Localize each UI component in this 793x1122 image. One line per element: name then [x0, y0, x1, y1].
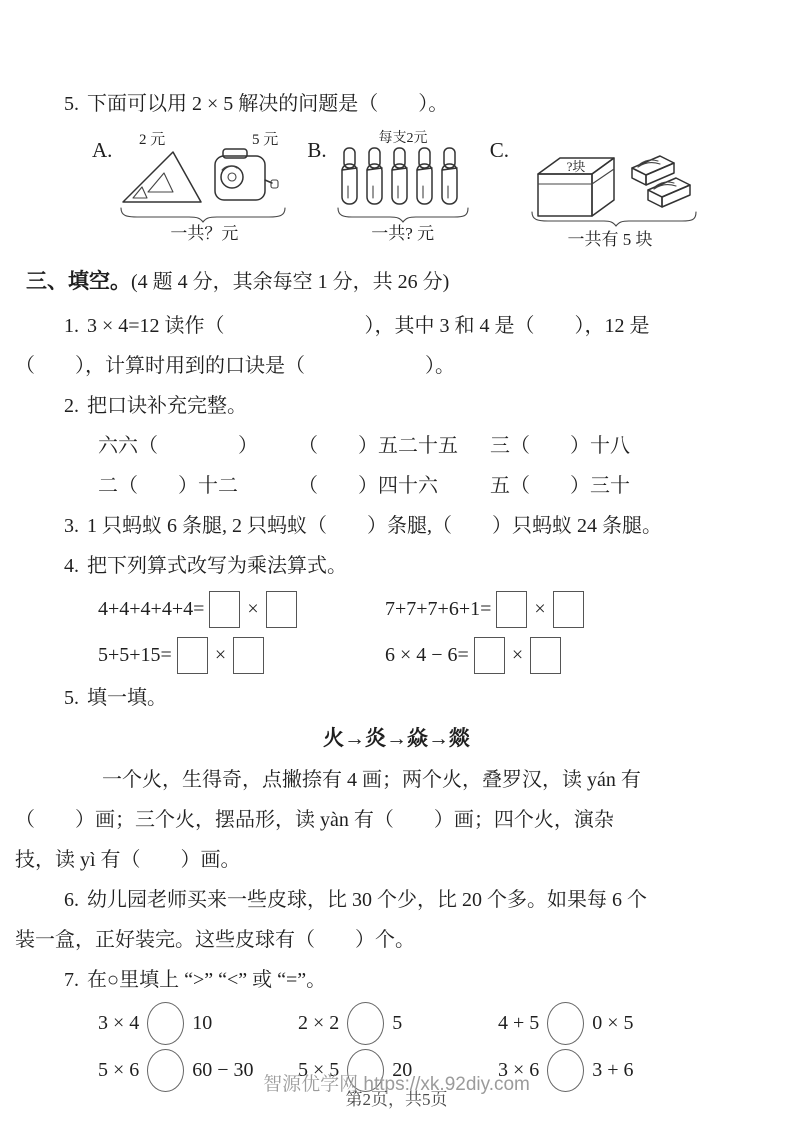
kouji-blank: 五（ ）三十: [490, 466, 630, 506]
svg-text:每支2元: 每支2元: [378, 129, 427, 146]
fill-q5-intro: 5.填一填。: [0, 678, 793, 718]
kouji-blank: 六六（ ）: [98, 426, 298, 466]
right-expression: 10: [192, 1012, 212, 1035]
section-score-note: (4 题 4 分，其余每空 1 分，共 26 分): [131, 271, 449, 293]
compare-circle: [547, 1002, 584, 1045]
right-expression: 5: [392, 1012, 402, 1035]
kouji-blank: （ ）四十六: [298, 466, 490, 506]
option-b-label: B.: [307, 128, 326, 163]
question-text: 把口诀补充完整。: [87, 395, 247, 417]
fire-character-sequence: 火→炎→焱→燚: [0, 720, 793, 758]
box-and-soap-icon: ?块: [512, 128, 708, 230]
question-text: 把下列算式改写为乘法算式。: [87, 555, 347, 577]
section-title: 三、填空。: [26, 269, 131, 293]
question-5-choice: 5.下面可以用 2 × 5 解决的问题是（ ）。: [0, 84, 793, 124]
kouji-blank: 三（ ）十八: [490, 426, 630, 466]
fill-q2-intro: 2.把口诀补充完整。: [0, 386, 793, 426]
fill-q7-intro: 7.在○里填上 “>” “<” 或 “=”。: [0, 960, 793, 1000]
question-text: 下面可以用 2 × 5 解决的问题是（ ）。: [87, 93, 448, 115]
option-a-figure: 2 元 5 元 一共？元: [115, 128, 293, 244]
option-b-figure: 每支2元 一共? 元: [330, 128, 476, 244]
answer-box: [266, 591, 297, 628]
comparison: 2 × 25: [298, 1002, 498, 1045]
question-number: 2.: [64, 395, 79, 417]
equation-group: 7+7+7+6+1= ×: [385, 591, 589, 628]
option-c-figure: ?块: [512, 128, 708, 250]
left-expression: 4 + 5: [498, 1012, 539, 1035]
kouji-blank: （ ）五二十五: [298, 426, 490, 466]
compare-circle: [147, 1002, 184, 1045]
answer-box: [530, 637, 561, 674]
svg-text:2 元: 2 元: [139, 131, 165, 148]
svg-text:?块: ?块: [567, 159, 586, 174]
option-c-label: C.: [490, 128, 509, 163]
comparison: 3 × 410: [98, 1002, 298, 1045]
question-number: 5.: [64, 93, 79, 115]
equation-row-1: 4+4+4+4+4= × 7+7+7+6+1= ×: [0, 586, 793, 632]
question-text: 幼儿园老师买来一些皮球，比 30 个少，比 20 个多。如果每 6 个: [87, 889, 647, 911]
worksheet-content: 5.下面可以用 2 × 5 解决的问题是（ ）。 A. 2 元 5 元: [0, 0, 793, 1094]
worksheet-page: 5.下面可以用 2 × 5 解决的问题是（ ）。 A. 2 元 5 元: [0, 0, 793, 1122]
option-b: B. 每支2元: [307, 128, 475, 250]
fill-q5-line3: 技，读 yì 有（ ）画。: [0, 840, 793, 880]
question-number: 3.: [64, 515, 79, 537]
question-number: 6.: [64, 889, 79, 911]
compare-circle: [347, 1002, 384, 1045]
option-b-caption: 一共? 元: [371, 224, 434, 244]
fill-q6-line1: 6.幼儿园老师买来一些皮球，比 30 个少，比 20 个多。如果每 6 个: [0, 880, 793, 920]
question-text: 填一填。: [87, 687, 167, 709]
times-sign: ×: [534, 598, 545, 621]
option-c: C. ?块: [490, 128, 708, 250]
option-a-label: A.: [92, 128, 112, 163]
section-3-header: 三、填空。(4 题 4 分，其余每空 1 分，共 26 分): [0, 264, 793, 300]
answer-box: [496, 591, 527, 628]
kouji-blank: 二（ ）十二: [98, 466, 298, 506]
equation-text: 6 × 4 − 6=: [385, 644, 469, 667]
right-expression: 0 × 5: [592, 1012, 633, 1035]
compare-row-1: 3 × 410 2 × 25 4 + 50 × 5: [0, 1000, 793, 1047]
fill-q5-line2: （ ）画；三个火，摆品形，读 yàn 有（ ）画；四个火，演杂: [0, 800, 793, 840]
svg-text:5 元: 5 元: [252, 131, 278, 148]
fill-q6-line2: 装一盒，正好装完。这些皮球有（ ）个。: [0, 920, 793, 960]
fill-q1-line1: 1.3 × 4=12 读作（ ），其中 3 和 4 是（ ），12 是: [0, 306, 793, 346]
wrapped-bar-1: [632, 156, 674, 185]
equation-group: 5+5+15= ×: [98, 637, 385, 674]
equation-text: 7+7+7+6+1=: [385, 598, 491, 621]
question-text: 1 只蚂蚁 6 条腿, 2 只蚂蚁（ ）条腿,（ ）只蚂蚁 24 条腿。: [87, 515, 662, 537]
equation-row-2: 5+5+15= × 6 × 4 − 6= ×: [0, 632, 793, 678]
question-5-options: A. 2 元 5 元: [0, 128, 793, 250]
answer-box: [553, 591, 584, 628]
equation-group: 4+4+4+4+4= ×: [98, 591, 385, 628]
option-a-caption: 一共？元: [170, 224, 238, 244]
question-number: 7.: [64, 969, 79, 991]
equation-text: 5+5+15=: [98, 644, 172, 667]
fill-q3: 3.1 只蚂蚁 6 条腿, 2 只蚂蚁（ ）条腿,（ ）只蚂蚁 24 条腿。: [0, 506, 793, 546]
set-square-and-sharpener-icon: 2 元 5 元: [115, 128, 293, 224]
question-text: 在○里填上 “>” “<” 或 “=”。: [87, 969, 326, 991]
times-sign: ×: [247, 598, 258, 621]
times-sign: ×: [512, 644, 523, 667]
fill-q1-line2: （ ），计算时用到的口诀是（ ）。: [0, 346, 793, 386]
fill-q4-intro: 4.把下列算式改写为乘法算式。: [0, 546, 793, 586]
equation-text: 4+4+4+4+4=: [98, 598, 204, 621]
page-number: 第2页，共5页: [0, 1091, 793, 1108]
fill-q5-line1: 一个火，生得奇，点撇捺有 4 画；两个火，叠罗汉，读 yán 有: [0, 760, 793, 800]
question-number: 5.: [64, 687, 79, 709]
left-expression: 2 × 2: [298, 1012, 339, 1035]
kouji-row-2: 二（ ）十二 （ ）四十六 五（ ）三十: [0, 466, 793, 506]
answer-box: [474, 637, 505, 674]
answer-box: [233, 637, 264, 674]
equation-group: 6 × 4 − 6= ×: [385, 637, 566, 674]
answer-box: [177, 637, 208, 674]
left-expression: 3 × 4: [98, 1012, 139, 1035]
option-a: A. 2 元 5 元: [92, 128, 293, 250]
wrapped-bar-2: [648, 178, 690, 207]
comparison: 4 + 50 × 5: [498, 1002, 634, 1045]
kouji-row-1: 六六（ ） （ ）五二十五 三（ ）十八: [0, 426, 793, 466]
answer-box: [209, 591, 240, 628]
question-number: 1.: [64, 315, 79, 337]
page-footer: 智源优学网 https://xk.92diy.com 第2页，共5页: [0, 1075, 793, 1108]
five-pens-icon: 每支2元: [330, 128, 476, 224]
question-number: 4.: [64, 555, 79, 577]
question-text: 3 × 4=12 读作（ ），其中 3 和 4 是（ ），12 是: [87, 315, 650, 337]
times-sign: ×: [215, 644, 226, 667]
option-c-caption: 一共有 5 块: [567, 230, 652, 250]
